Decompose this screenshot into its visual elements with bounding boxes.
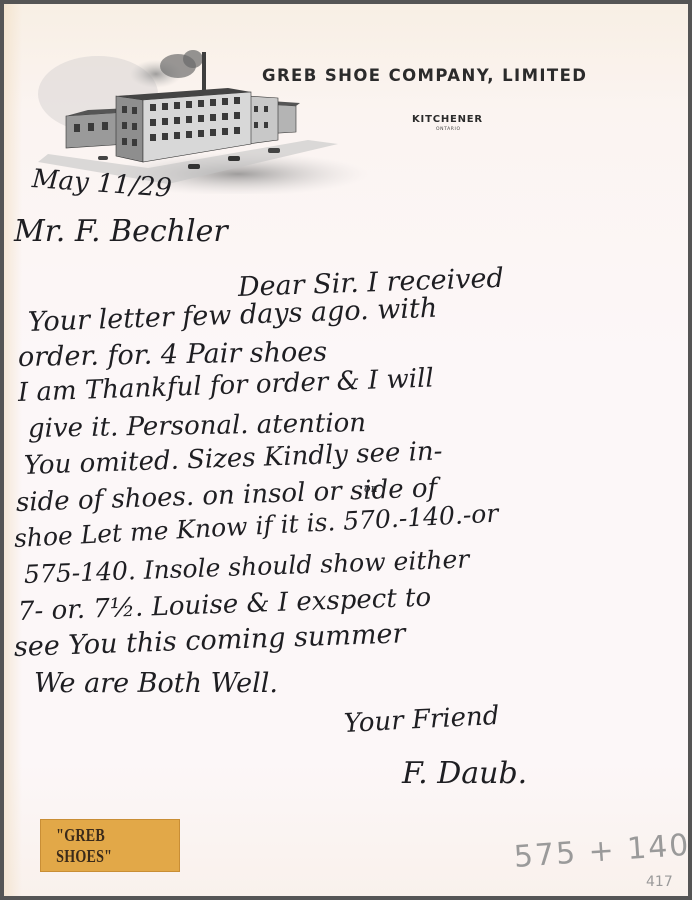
stamp-label: "GREB SHOES" bbox=[56, 825, 164, 867]
letter-line: 575-140. Insole should show either bbox=[23, 544, 469, 589]
letter-line: We are Both Well. bbox=[34, 668, 278, 699]
company-name: GREB SHOE COMPANY, LIMITED bbox=[262, 66, 587, 85]
company-province: ONTARIO bbox=[436, 127, 461, 132]
letter-line: Your letter few days ago. with bbox=[27, 293, 437, 338]
recipient-name: Mr. F. Bechler bbox=[14, 214, 228, 249]
company-city: KITCHENER bbox=[412, 114, 483, 125]
scan-frame: GREB SHOE COMPANY, LIMITED KITCHENER ONT… bbox=[0, 0, 692, 900]
pencil-note: 575 + 140 bbox=[513, 828, 688, 875]
letter-line: order. for. 4 Pair shoes bbox=[18, 337, 328, 373]
letter-closing: Your Friend bbox=[343, 701, 500, 739]
signature: F. Daub. bbox=[402, 756, 527, 791]
pencil-note-sub: 417 bbox=[646, 874, 673, 890]
letter-line: give it. Personal. atention bbox=[28, 408, 367, 444]
greb-shoes-stamp: "GREB SHOES" bbox=[40, 819, 180, 872]
letter-page: GREB SHOE COMPANY, LIMITED KITCHENER ONT… bbox=[4, 4, 688, 896]
